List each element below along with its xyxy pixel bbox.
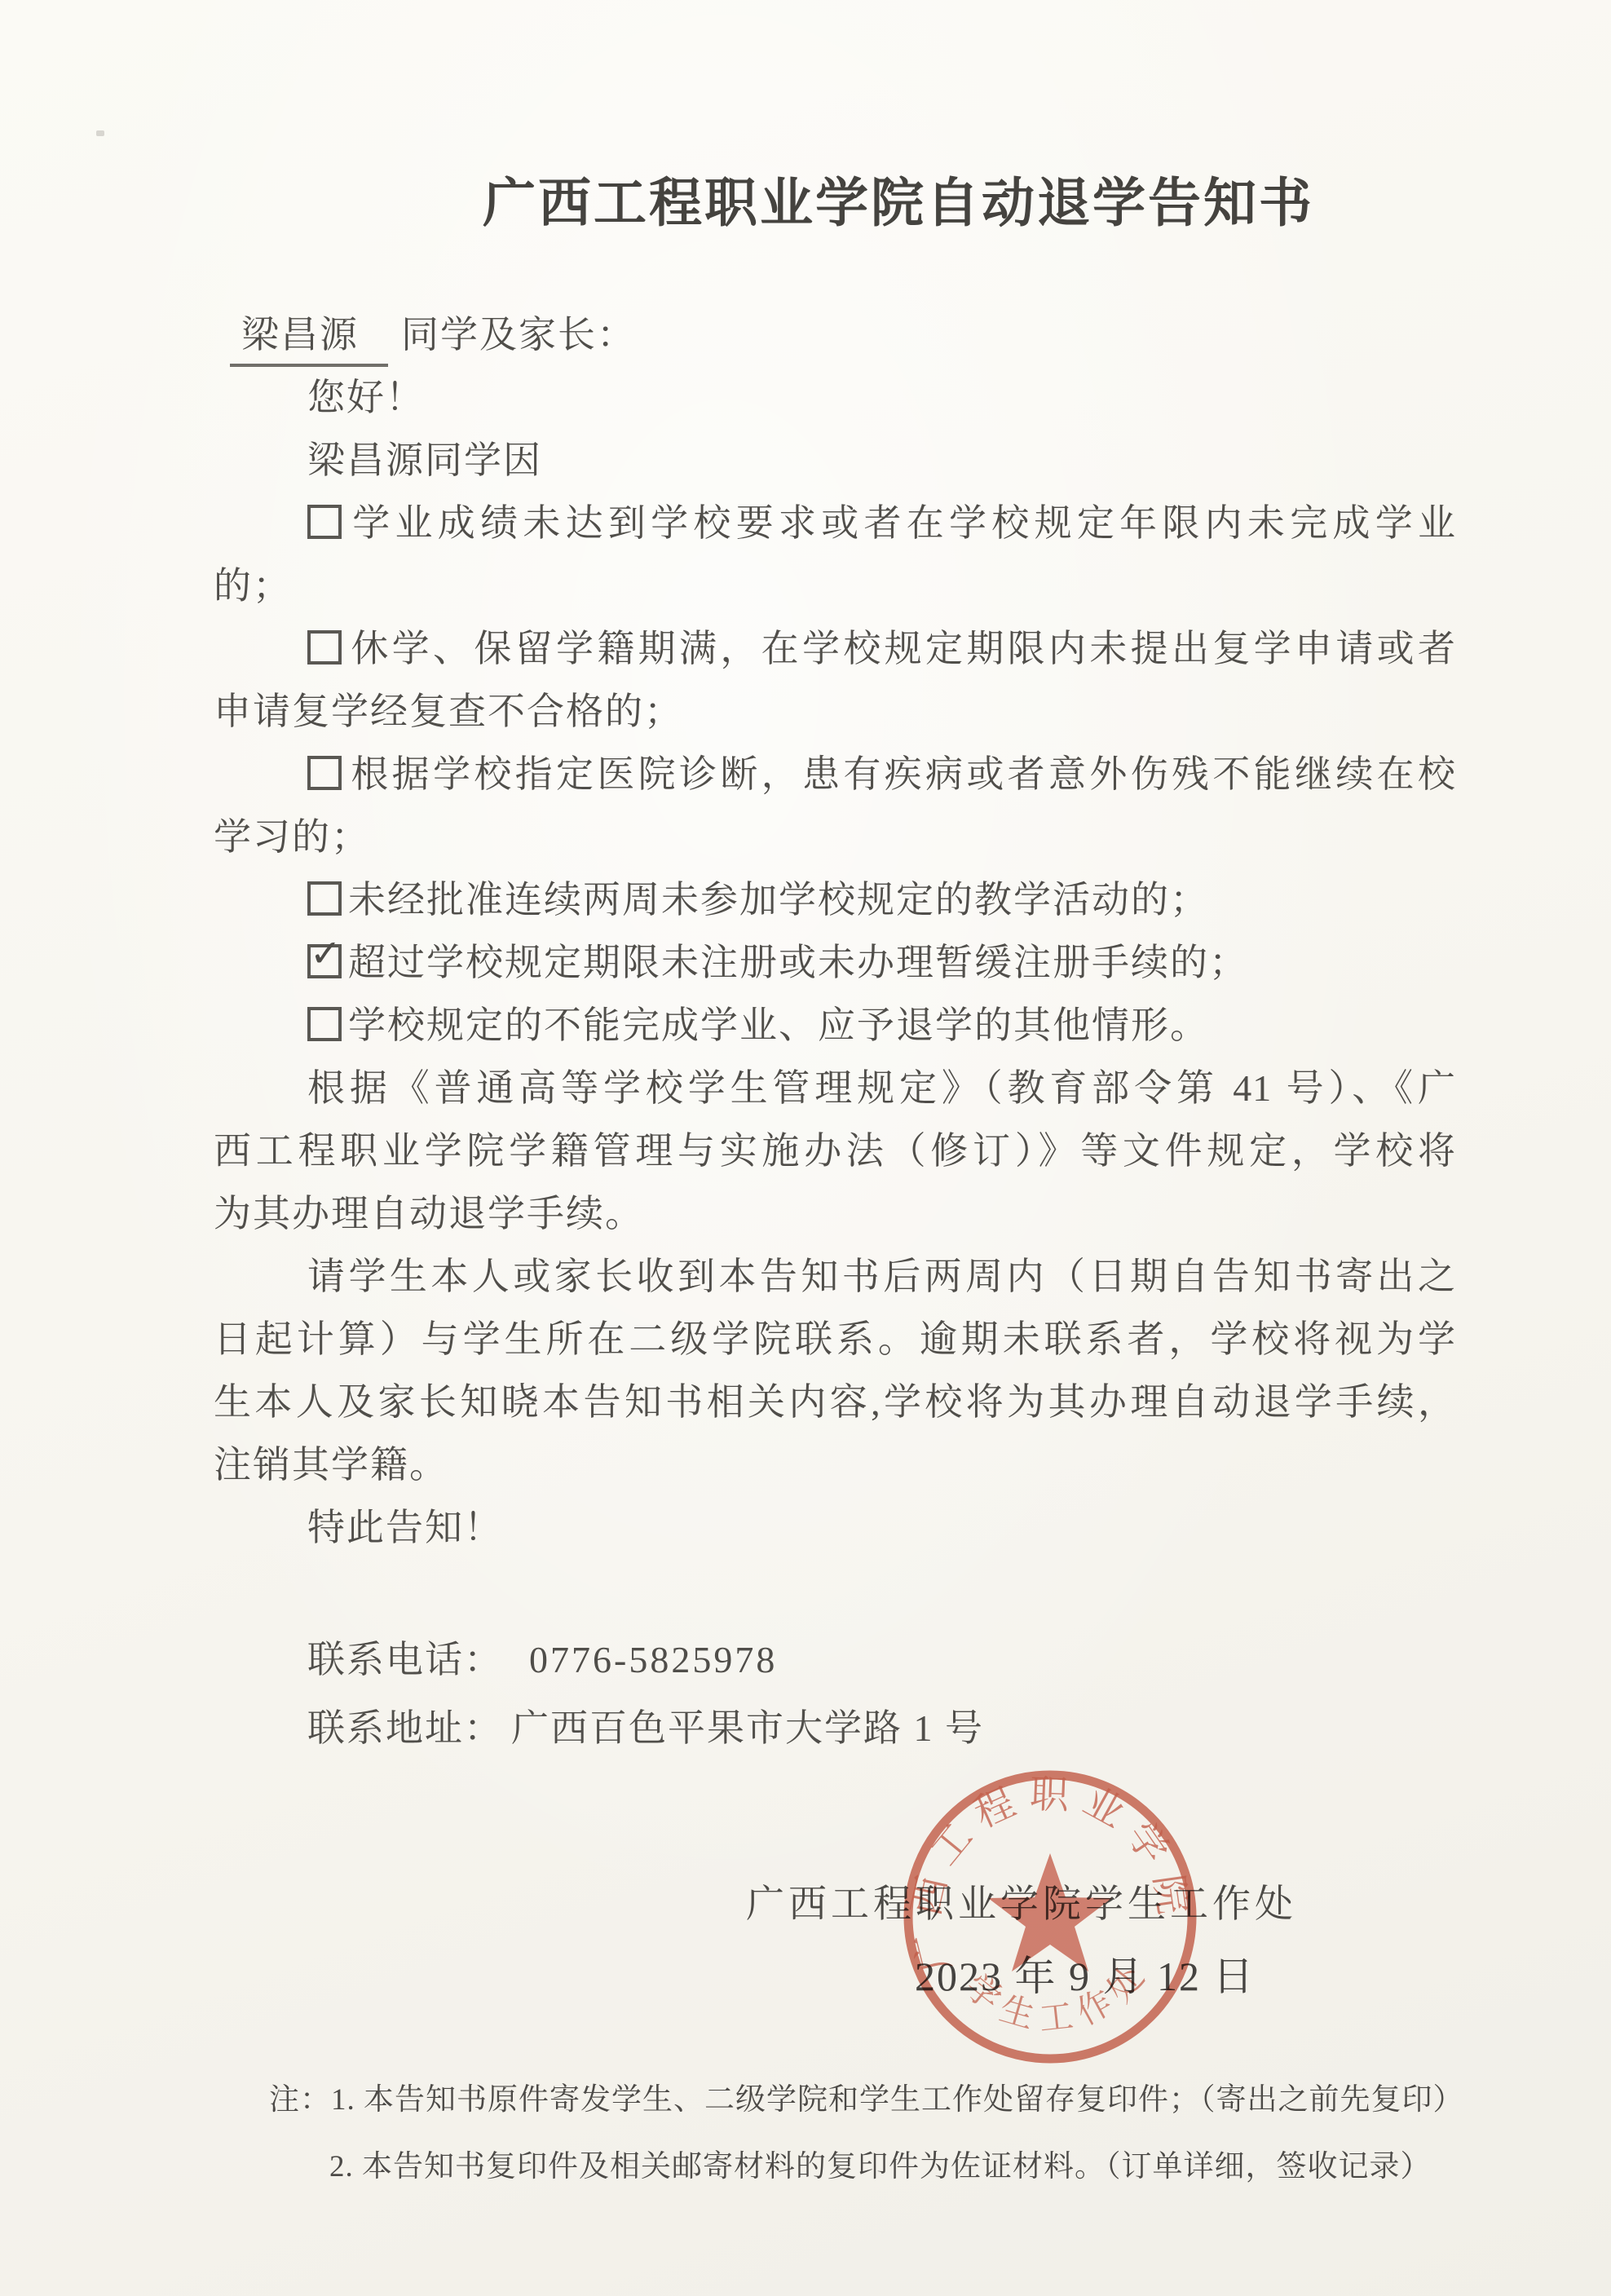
address-label: 联系地址：: [307, 1707, 503, 1749]
checkbox-unchecked-icon: [307, 756, 342, 790]
contact-phone: 联系电话：0776-5825978: [307, 1626, 984, 1694]
body-line: 学习的；: [214, 806, 1456, 868]
body-line: 日起计算）与学生所在二级学院联系。逾期未联系者，学校将视为学: [214, 1308, 1456, 1371]
body-line: 休学、保留学籍期满，在学校规定期限内未提出复学申请或者: [214, 617, 1456, 680]
checkbox-unchecked-icon: [307, 881, 342, 916]
contact-block: 联系电话：0776-5825978 联系地址：广西百色平果市大学路 1 号: [307, 1626, 984, 1763]
seal-arc-text-bottom: 学生工作处: [958, 1950, 1157, 2038]
body-line: ✓超过学校规定期限未注册或未办理暂缓注册手续的；: [214, 931, 1456, 994]
body-line: 注销其学籍。: [214, 1433, 1456, 1496]
body-lines: 您好！梁昌源同学因学业成绩未达到学校要求或者在学校规定年限内未完成学业的；休学、…: [214, 366, 1456, 1559]
footer-note-2: 2. 本告知书复印件及相关邮寄材料的复印件为佐证材料。（订单详细，签收记录）: [329, 2141, 1432, 2185]
seal-star-icon: [988, 1853, 1112, 1971]
svg-text:学生工作处: 学生工作处: [958, 1950, 1157, 2038]
body-line: 请学生本人或家长收到本告知书后两周内（日期自告知书寄出之: [214, 1245, 1456, 1308]
salutation-suffix: 同学及家长：: [401, 314, 636, 355]
student-name: 梁昌源: [230, 308, 388, 367]
body-line: 根据学校指定医院诊断，患有疾病或者意外伤残不能继续在校: [214, 743, 1456, 806]
document-title: 广西工程职业学院自动退学告知书: [483, 160, 1314, 236]
paper-speck: [96, 130, 104, 136]
checkbox-unchecked-icon: [307, 1007, 342, 1041]
body-line: 为其办理自动退学手续。: [214, 1182, 1456, 1245]
phone-value: 0776-5825978: [529, 1639, 777, 1680]
phone-label: 联系电话：: [307, 1639, 503, 1680]
address-value: 广西百色平果市大学路 1 号: [511, 1707, 984, 1749]
checkbox-unchecked-icon: [307, 630, 342, 665]
note-prefix: 注：: [269, 2083, 331, 2117]
salutation: 梁昌源同学及家长：: [214, 303, 1456, 366]
body-line: 学校规定的不能完成学业、应予退学的其他情形。: [214, 994, 1456, 1057]
document-body: 梁昌源同学及家长： 您好！梁昌源同学因学业成绩未达到学校要求或者在学校规定年限内…: [214, 303, 1456, 1559]
body-line: 特此告知！: [214, 1496, 1456, 1559]
official-seal-stamp: 广西工程职业学院 学生工作处: [877, 1744, 1223, 2090]
checkbox-unchecked-icon: [307, 505, 342, 539]
body-line: 西工程职业学院学籍管理与实施办法（修订）》等文件规定，学校将: [214, 1119, 1456, 1182]
body-line: 的；: [214, 554, 1456, 617]
body-line: 学业成绩未达到学校要求或者在学校规定年限内未完成学业: [214, 492, 1456, 554]
body-line: 申请复学经复查不合格的；: [214, 680, 1456, 743]
footer-note-1: 注：1. 本告知书原件寄发学生、二级学院和学生工作处留存复印件；（寄出之前先复印…: [269, 2074, 1464, 2118]
note-item-2: 2. 本告知书复印件及相关邮寄材料的复印件为佐证材料。（订单详细，签收记录）: [329, 2150, 1432, 2183]
checkbox-checked-icon: ✓: [307, 944, 342, 978]
body-line: 您好！: [214, 366, 1456, 429]
body-line: 梁昌源同学因: [214, 429, 1456, 492]
checkmark-icon: ✓: [310, 934, 343, 972]
note-item-1: 1. 本告知书原件寄发学生、二级学院和学生工作处留存复印件；（寄出之前先复印）: [331, 2083, 1464, 2117]
body-line: 生本人及家长知晓本告知书相关内容,学校将为其办理自动退学手续，: [214, 1371, 1456, 1433]
body-line: 未经批准连续两周未参加学校规定的教学活动的；: [214, 868, 1456, 931]
document-page: 广西工程职业学院自动退学告知书 梁昌源同学及家长： 您好！梁昌源同学因学业成绩未…: [0, 0, 1611, 2296]
body-line: 根据《普通高等学校学生管理规定》（教育部令第 41 号）、《广: [214, 1057, 1456, 1119]
